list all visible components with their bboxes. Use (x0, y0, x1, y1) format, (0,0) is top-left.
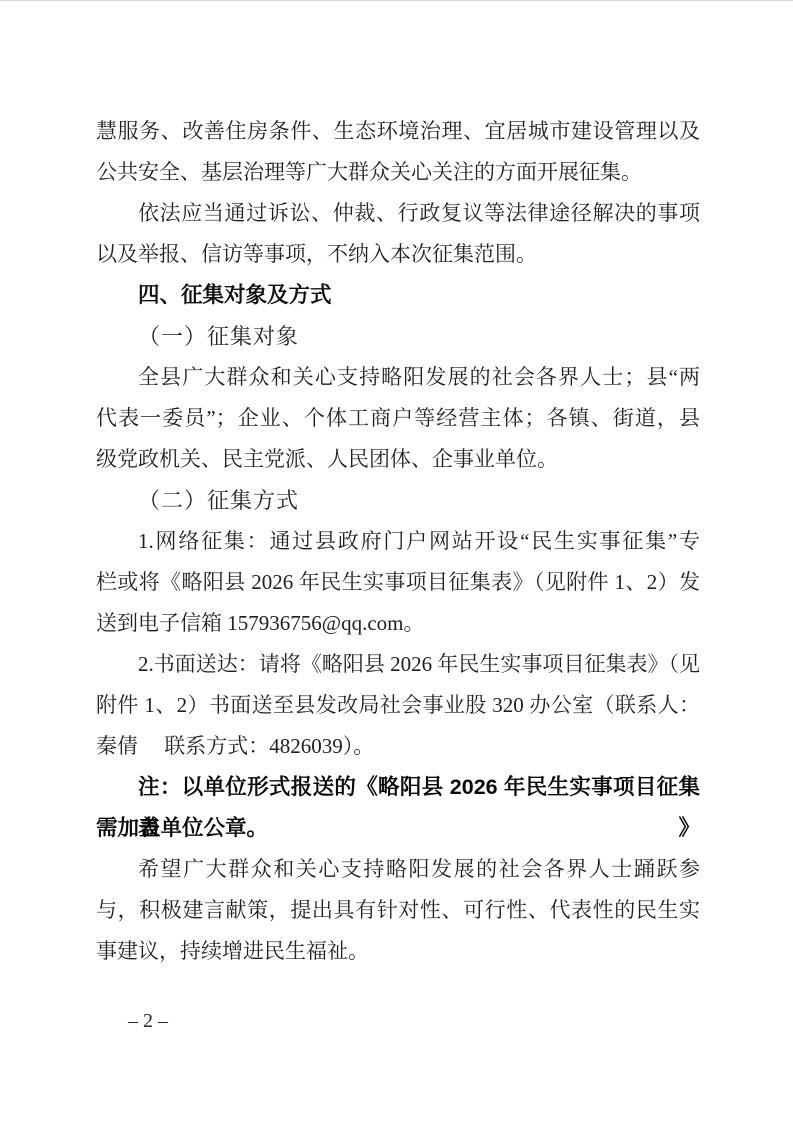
document-body: 慧服务、改善住房条件、生态环境治理、宜居城市建设管理以及公共安全、基层治理等广大… (96, 111, 700, 972)
text-line: 四、征集对象及方式 (96, 275, 700, 316)
text-line: 慧服务、改善住房条件、生态环境治理、宜居城市建设管理以及 (96, 111, 700, 152)
text-line: 代表一委员”；企业、个体工商户等经营主体；各镇、街道，县 (96, 398, 700, 439)
text-line: 公共安全、基层治理等广大群众关心关注的方面开展征集。 (96, 152, 700, 193)
text-line: 栏或将《略阳县 2026 年民生实事项目征集表》（见附件 1、2）发 (96, 562, 700, 603)
text-line: 1.网络征集：通过县政府门户网站开设“民生实事征集”专 (96, 521, 700, 562)
text-line: （一）征集对象 (96, 316, 700, 357)
text-line: 事建议，持续增进民生福祉。 (96, 931, 700, 972)
text-line: 2.书面送达：请将《略阳县 2026 年民生实事项目征集表》（见 (96, 644, 700, 685)
text-line: 附件 1、2）书面送至县发改局社会事业股 320 办公室（联系人： (96, 685, 700, 726)
text-line: 级党政机关、民主党派、人民团体、企事业单位。 (96, 439, 700, 480)
document-page: 慧服务、改善住房条件、生态环境治理、宜居城市建设管理以及公共安全、基层治理等广大… (0, 0, 793, 1122)
text-line: 与，积极建言献策，提出具有针对性、可行性、代表性的民生实 (96, 890, 700, 931)
text-line: 注：以单位形式报送的《略阳县 2026 年民生实事项目征集表》 (96, 767, 700, 808)
text-line: 全县广大群众和关心支持略阳发展的社会各界人士；县“两 (96, 357, 700, 398)
text-line: 希望广大群众和关心支持略阳发展的社会各界人士踊跃参 (96, 849, 700, 890)
text-line: 秦倩 联系方式：4826039）。 (96, 726, 700, 767)
page-number: – 2 – (128, 1001, 168, 1042)
text-line: 送到电子信箱 157936756@qq.com。 (96, 603, 700, 644)
text-line: 以及举报、信访等事项，不纳入本次征集范围。 (96, 234, 700, 275)
text-line: 依法应当通过诉讼、仲裁、行政复议等法律途径解决的事项 (96, 193, 700, 234)
text-line: （二）征集方式 (96, 480, 700, 521)
